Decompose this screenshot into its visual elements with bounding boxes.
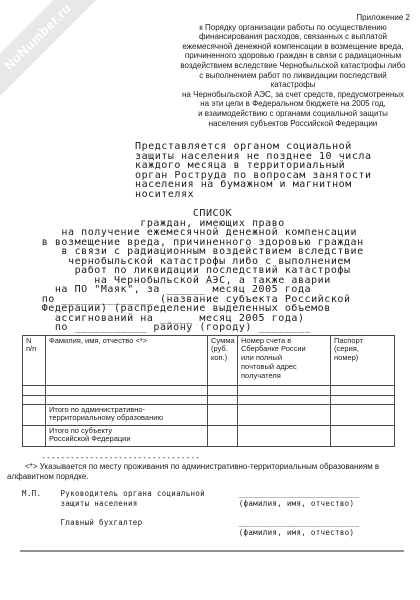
empty-cell <box>238 425 331 446</box>
col-header-num: N п/п <box>23 335 46 385</box>
empty-cell <box>208 404 238 425</box>
col-header-passport: Паспорт (серия, номер) <box>331 335 395 385</box>
submission-note: Представляется органом социальной защиты… <box>135 142 420 199</box>
footnote-separator: --------------------------------- <box>22 453 420 463</box>
empty-cell <box>23 385 46 395</box>
document-page: NoNumber.ru Приложение 2 к Порядку орган… <box>0 0 420 600</box>
empty-cell <box>331 395 395 404</box>
table-empty-row <box>23 385 395 395</box>
total-subject-row: Итого по субъекту Российской Федерации <box>23 425 395 446</box>
empty-cell <box>331 425 395 446</box>
watermark-ribbon: NoNumber.ru <box>0 0 104 103</box>
order-reference-text: к Порядку организации работы по осуществ… <box>176 23 410 129</box>
list-title-block: СПИСОК граждан, имеющих право на получен… <box>22 209 420 333</box>
appendix-header: Приложение 2 к Порядку организации работ… <box>176 0 410 128</box>
table-header-row: N п/п Фамилия, имя, отчество <*> Сумма (… <box>23 335 395 385</box>
appendix-number: Приложение 2 <box>176 13 410 23</box>
col-header-account: Номер счета в Сбербанке России или полны… <box>238 335 331 385</box>
empty-cell <box>331 404 395 425</box>
empty-cell <box>331 385 395 395</box>
empty-cell <box>238 395 331 404</box>
bottom-divider <box>20 550 404 552</box>
footnote-text: <*> Указывается по месту проживания по а… <box>7 462 416 481</box>
empty-cell <box>46 385 208 395</box>
signature-block: М.П. Руководитель органа социальной ____… <box>22 489 420 537</box>
recipients-table: N п/п Фамилия, имя, отчество <*> Сумма (… <box>22 335 395 447</box>
empty-cell <box>23 425 46 446</box>
empty-cell <box>238 404 331 425</box>
empty-cell <box>23 404 46 425</box>
empty-cell <box>46 395 208 404</box>
empty-cell <box>208 385 238 395</box>
total-territory-row: Итого по административно- территориально… <box>23 404 395 425</box>
col-header-sum: Сумма (руб. коп.) <box>208 335 238 385</box>
table-empty-row <box>23 395 395 404</box>
total-subject-label: Итого по субъекту Российской Федерации <box>46 425 208 446</box>
empty-cell <box>23 395 46 404</box>
empty-cell <box>238 385 331 395</box>
total-territory-label: Итого по административно- территориально… <box>46 404 208 425</box>
empty-cell <box>208 395 238 404</box>
col-header-name: Фамилия, имя, отчество <*> <box>46 335 208 385</box>
empty-cell <box>208 425 238 446</box>
